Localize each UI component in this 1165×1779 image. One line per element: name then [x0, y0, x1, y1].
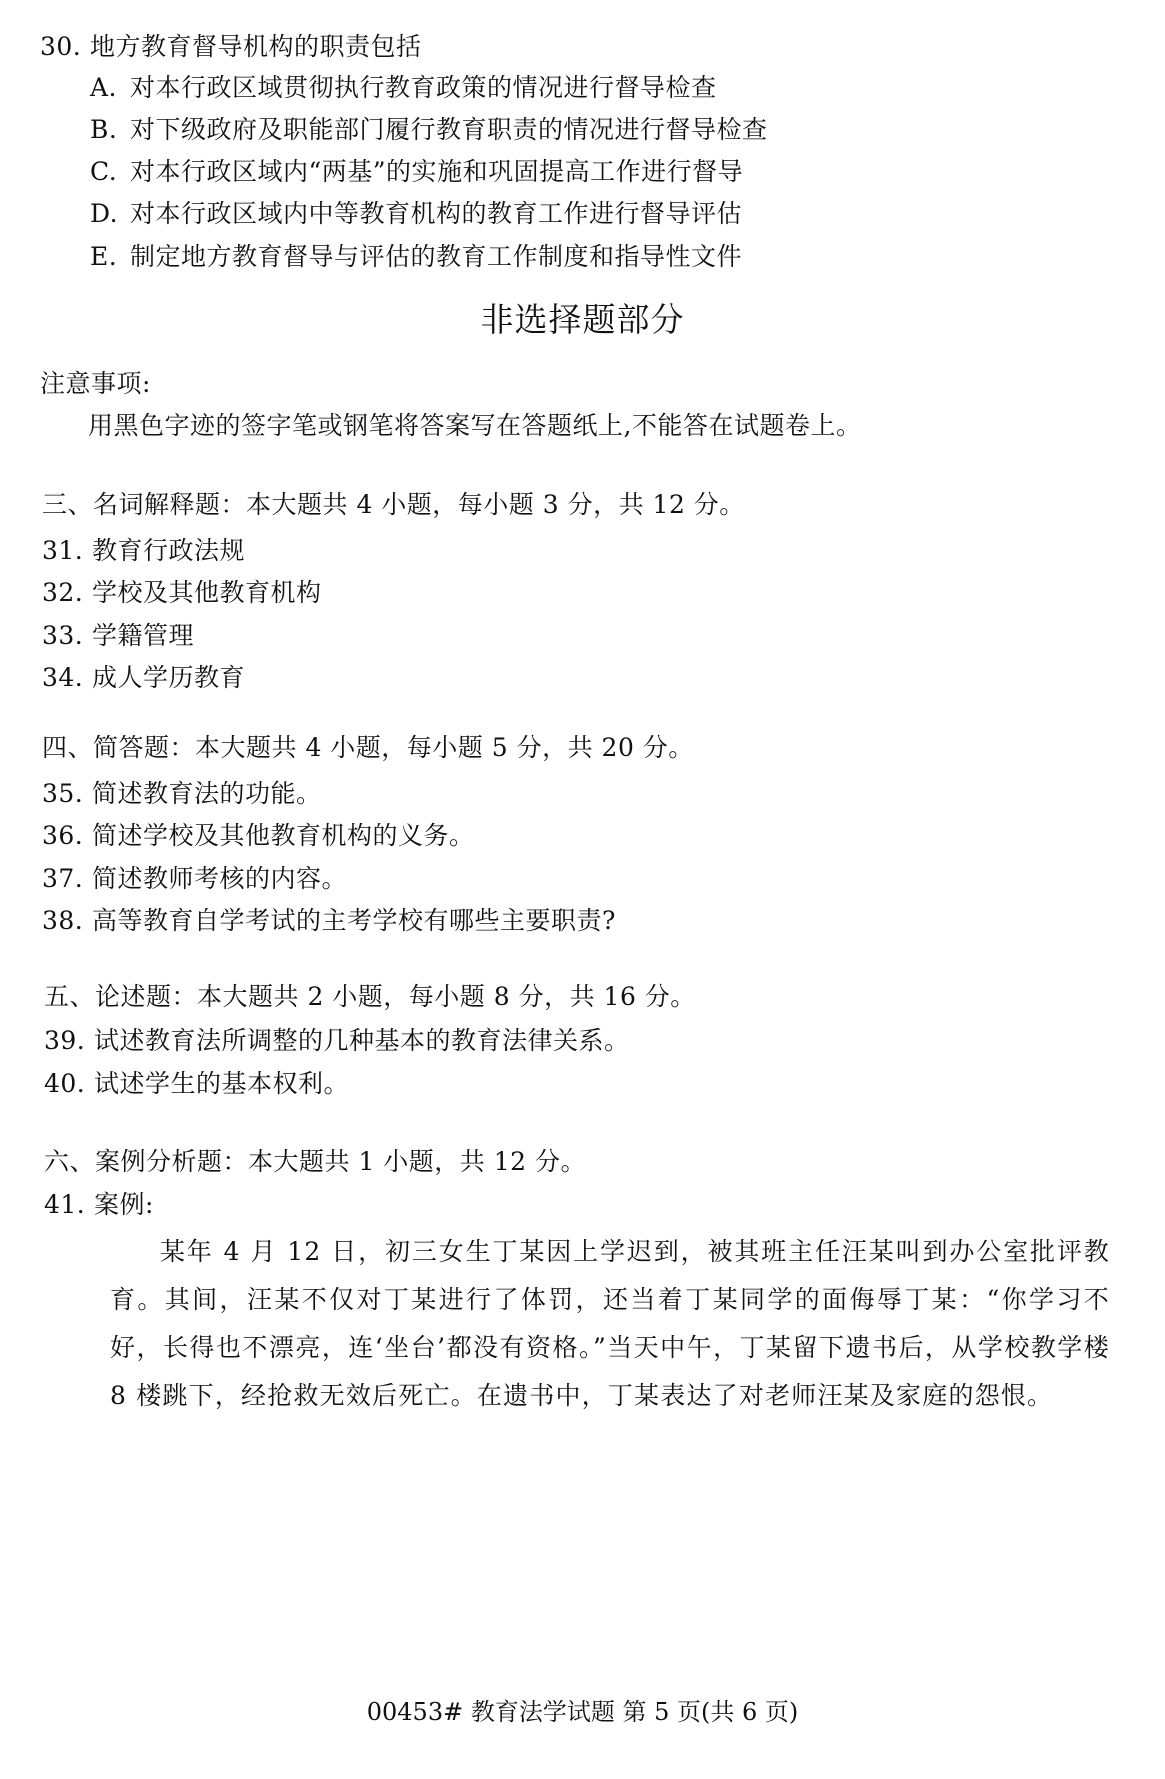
question-number: 32. [42, 578, 92, 608]
option-letter: E. [90, 242, 130, 272]
option-c: C.对本行政区域内“两基”的实施和巩固提高工作进行督导 [90, 157, 743, 187]
question-number: 35. [42, 779, 92, 809]
question-36: 36.简述学校及其他教育机构的义务。 [42, 821, 475, 851]
question-text: 成人学历教育 [92, 663, 245, 692]
question-text: 学籍管理 [92, 621, 194, 650]
question-32: 32.学校及其他教育机构 [42, 578, 322, 608]
question-31: 31.教育行政法规 [42, 536, 245, 566]
question-37: 37.简述教师考核的内容。 [42, 864, 347, 894]
question-text: 简述学校及其他教育机构的义务。 [92, 821, 475, 850]
option-text: 对本行政区域内中等教育机构的教育工作进行督导评估 [130, 199, 742, 228]
question-number: 40. [44, 1069, 94, 1099]
question-number: 36. [42, 821, 92, 851]
section-header-6: 六、案例分析题：本大题共 1 小题，共 12 分。 [44, 1147, 586, 1177]
question-38: 38.高等教育自学考试的主考学校有哪些主要职责? [42, 906, 616, 936]
option-letter: B. [90, 115, 130, 145]
question-text: 教育行政法规 [92, 536, 245, 565]
page-footer: 00453# 教育法学试题 第 5 页(共 6 页) [0, 1697, 1165, 1727]
question-text: 高等教育自学考试的主考学校有哪些主要职责? [92, 906, 616, 935]
question-number: 38. [42, 906, 92, 936]
part-title: 非选择题部分 [0, 300, 1165, 340]
option-b: B.对下级政府及职能部门履行教育职责的情况进行督导检查 [90, 115, 768, 145]
case-text: 某年 4 月 12 日，初三女生丁某因上学迟到，被其班主任汪某叫到办公室批评教育… [110, 1228, 1110, 1420]
option-text: 对本行政区域内“两基”的实施和巩固提高工作进行督导 [130, 157, 743, 186]
question-text: 地方教育督导机构的职责包括 [90, 32, 422, 61]
option-letter: D. [90, 199, 130, 229]
question-text: 简述教师考核的内容。 [92, 864, 347, 893]
question-39: 39.试述教育法所调整的几种基本的教育法律关系。 [44, 1026, 630, 1056]
question-33: 33.学籍管理 [42, 621, 194, 651]
question-35: 35.简述教育法的功能。 [42, 779, 322, 809]
notice-label: 注意事项: [40, 369, 151, 399]
question-number: 33. [42, 621, 92, 651]
question-40: 40.试述学生的基本权利。 [44, 1069, 349, 1099]
question-text: 试述学生的基本权利。 [94, 1069, 349, 1098]
section-header-4: 四、简答题：本大题共 4 小题，每小题 5 分，共 20 分。 [42, 733, 694, 763]
question-text: 试述教育法所调整的几种基本的教育法律关系。 [94, 1026, 630, 1055]
question-number: 34. [42, 663, 92, 693]
question-number: 31. [42, 536, 92, 566]
option-text: 对下级政府及职能部门履行教育职责的情况进行督导检查 [130, 115, 768, 144]
question-41: 41.案例: [44, 1190, 154, 1220]
notice-text: 用黑色字迹的签字笔或钢笔将答案写在答题纸上,不能答在试题卷上。 [88, 411, 861, 441]
section-header-5: 五、论述题：本大题共 2 小题，每小题 8 分，共 16 分。 [44, 982, 696, 1012]
option-a: A.对本行政区域贯彻执行教育政策的情况进行督导检查 [90, 73, 717, 103]
question-text: 学校及其他教育机构 [92, 578, 322, 607]
option-letter: A. [90, 73, 130, 103]
section-header-3: 三、名词解释题：本大题共 4 小题，每小题 3 分，共 12 分。 [42, 490, 745, 520]
option-d: D.对本行政区域内中等教育机构的教育工作进行督导评估 [90, 199, 742, 229]
question-text: 案例: [94, 1190, 154, 1219]
question-text: 简述教育法的功能。 [92, 779, 322, 808]
question-number: 30. [40, 32, 90, 62]
option-e: E.制定地方教育督导与评估的教育工作制度和指导性文件 [90, 242, 742, 272]
question-number: 41. [44, 1190, 94, 1220]
option-text: 对本行政区域贯彻执行教育政策的情况进行督导检查 [130, 73, 717, 102]
question-number: 39. [44, 1026, 94, 1056]
question-34: 34.成人学历教育 [42, 663, 245, 693]
question-30-stem: 30.地方教育督导机构的职责包括 [40, 32, 422, 62]
question-number: 37. [42, 864, 92, 894]
option-text: 制定地方教育督导与评估的教育工作制度和指导性文件 [130, 242, 742, 271]
option-letter: C. [90, 157, 130, 187]
